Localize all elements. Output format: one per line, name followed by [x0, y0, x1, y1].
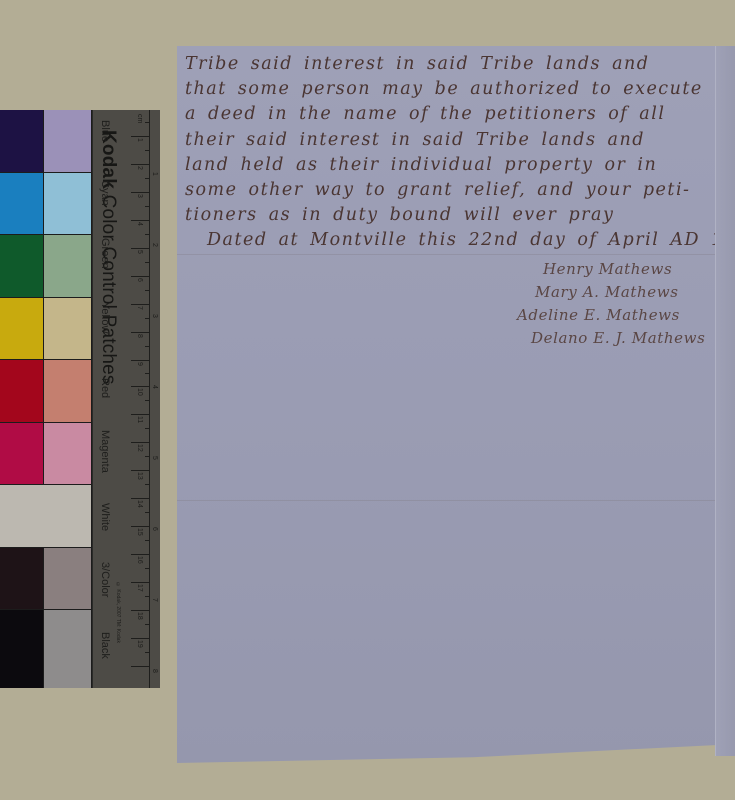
label-white: White — [93, 503, 111, 531]
kodak-color-target: Kodak Color Control Patches Blue Cyan Gr… — [0, 110, 160, 688]
cm-unit-label: cm — [136, 114, 143, 123]
text-line: that some person may be authorized to ex… — [185, 77, 710, 102]
cm-tick: 14 — [136, 500, 143, 508]
text-line: tioners as in duty bound will ever pray — [185, 203, 710, 228]
cm-tick: 10 — [136, 388, 143, 396]
patch-green-dark — [0, 235, 44, 297]
color-patches — [0, 110, 92, 688]
patch-yellow-dark — [0, 298, 44, 359]
signature: Delano E. J. Mathews — [517, 327, 717, 350]
ruler-line — [149, 110, 150, 688]
inch-tick: 7 — [151, 598, 158, 602]
patch-row-magenta — [0, 423, 92, 485]
adjacent-page-edge — [715, 46, 735, 756]
patch-blue-dark — [0, 110, 44, 172]
patch-row-3color — [0, 548, 92, 610]
cm-tick: 13 — [136, 472, 143, 480]
label-green: Green — [93, 238, 111, 269]
ruler-scale: Kodak Color Control Patches Blue Cyan Gr… — [92, 110, 160, 688]
label-3color: 3/Color — [93, 562, 111, 597]
cm-tick: 15 — [136, 528, 143, 536]
patch-black-light — [44, 610, 92, 688]
patch-3color-dark — [0, 548, 44, 609]
label-blue: Blue — [93, 120, 111, 142]
fold-line — [177, 254, 715, 255]
patch-green-light — [44, 235, 92, 297]
inch-tick: 4 — [151, 385, 158, 389]
patch-blue-light — [44, 110, 92, 172]
signature-block: Henry Mathews Mary A. Mathews Adeline E.… — [517, 258, 717, 350]
manuscript-page: Tribe said interest in said Tribe lands … — [177, 46, 715, 763]
text-line: land held as their individual property o… — [185, 153, 710, 178]
patch-red-light — [44, 360, 92, 422]
patch-row-black — [0, 610, 92, 688]
cm-tick: 1 — [136, 138, 143, 142]
text-line: Tribe said interest in said Tribe lands … — [185, 52, 710, 77]
cm-tick: 2 — [136, 166, 143, 170]
label-magenta: Magenta — [93, 430, 111, 473]
patch-3color-light — [44, 548, 92, 609]
cm-tick: 5 — [136, 250, 143, 254]
inch-tick: 3 — [151, 314, 158, 318]
patch-white — [0, 485, 92, 547]
patch-row-cyan — [0, 173, 92, 235]
inch-tick: 5 — [151, 456, 158, 460]
patch-black-dark — [0, 610, 44, 688]
fold-line — [177, 500, 715, 501]
patch-yellow-light — [44, 298, 92, 359]
signature: Henry Mathews — [517, 258, 717, 281]
text-line: their said interest in said Tribe lands … — [185, 128, 710, 153]
inch-tick: 2 — [151, 243, 158, 247]
cm-tick: 7 — [136, 306, 143, 310]
patch-row-white — [0, 485, 92, 548]
copyright-text: © Kodak, 2007 TM: Kodak — [115, 582, 121, 643]
cm-tick: 3 — [136, 194, 143, 198]
signature: Adeline E. Mathews — [517, 304, 717, 327]
patch-cyan-dark — [0, 173, 44, 234]
label-cyan: Cyan — [93, 180, 111, 206]
inch-tick: 1 — [151, 172, 158, 176]
petition-text: Tribe said interest in said Tribe lands … — [185, 52, 710, 254]
patch-magenta-light — [44, 423, 92, 484]
patch-row-red — [0, 360, 92, 423]
signature: Mary A. Mathews — [517, 281, 717, 304]
inch-tick: 6 — [151, 527, 158, 531]
cm-tick: 17 — [136, 584, 143, 592]
cm-tick: 16 — [136, 556, 143, 564]
label-yellow: Yellow — [93, 302, 111, 333]
cm-tick: 9 — [136, 362, 143, 366]
cm-tick: 12 — [136, 444, 143, 452]
cm-tick: 19 — [136, 640, 143, 648]
patch-magenta-dark — [0, 423, 44, 484]
cm-tick: 6 — [136, 278, 143, 282]
label-black: Black — [93, 632, 111, 659]
dated-line: Dated at Montville this 22nd day of Apri… — [185, 228, 710, 253]
patch-red-dark — [0, 360, 44, 422]
label-red: Red — [93, 378, 111, 398]
cm-tick: 4 — [136, 222, 143, 226]
patch-row-blue — [0, 110, 92, 173]
text-line: some other way to grant relief, and your… — [185, 178, 710, 203]
document-scan: Kodak Color Control Patches Blue Cyan Gr… — [0, 0, 735, 800]
patch-cyan-light — [44, 173, 92, 234]
patch-row-green — [0, 235, 92, 298]
text-line: a deed in the name of the petitioners of… — [185, 102, 710, 127]
cm-tick: 8 — [136, 334, 143, 338]
cm-tick: 18 — [136, 612, 143, 620]
patch-row-yellow — [0, 298, 92, 360]
inch-tick: 8 — [151, 669, 158, 673]
cm-tick: 11 — [136, 416, 143, 423]
